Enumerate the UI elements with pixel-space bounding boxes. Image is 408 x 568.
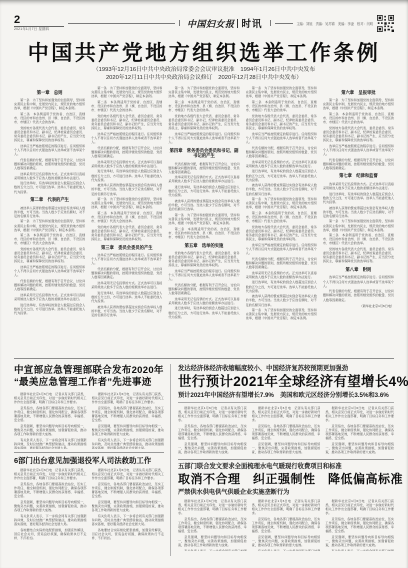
paragraph: 第一条 为了坚持和加强党的全面领导，坚持和完善民主集中制，发展党内民主，规范党的… <box>323 98 394 110</box>
article-zuimei: 中宣部应急管理部联合发布2020年 “最美应急管理工作者”先进事迹 据新华社北京… <box>14 365 164 449</box>
article-shihang: 发达经济体经济收缩幅度较小、中国经济复苏较预期更加强劲 世行预计2021年全球经… <box>178 365 394 456</box>
text-column: 据新华社北京1月6日电 记者从有关部门获悉，相关意见日前正式印发，对进一步做好新… <box>178 406 247 456</box>
bottom-right-column: 发达经济体经济收缩幅度较小、中国经济复苏较预期更加强劲 世行预计2021年全球经… <box>178 364 394 556</box>
qr-code-icon <box>377 15 394 32</box>
paragraph: 有关负责人表示，下一步将会同有关部门加强跟踪问效，及时总结推广典型经验做法，推动… <box>325 549 394 551</box>
paragraph: 第一条 为了坚持和加强党的全面领导，坚持和完善民主集中制，发展党内民主，规范党的… <box>14 98 85 110</box>
paragraph: 选举应当严格按照规定的程序进行。任何组织和个人不得以任何方式强迫选举人选举或者不… <box>91 132 162 144</box>
paragraph: 意见指出，各地各部门要提高政治站位，压实工作责任，健全制度机制，强化协同配合，确… <box>325 424 394 440</box>
header-rule-right <box>275 23 293 24</box>
paragraph: 选举采用无记名投票的方式。正式选举可以直接采用候选人数多于应选人数的差额选举办法… <box>246 160 317 168</box>
paragraph: 意见强调，要坚持问题导向和目标导向相统一，聚焦突出问题，完善政策措施，加强督促检… <box>92 500 165 512</box>
article-shoufei-body: 据新华社北京1月6日电 记者从有关部门获悉，相关意见日前正式印发，对进一步做好新… <box>178 499 394 551</box>
paragraph: 代表名额的分配，根据有利于召开会议、讨论问题和解决问题的原则，按照所辖党组织的数… <box>91 267 162 279</box>
paragraph: 意见指出，各地各部门要提高政治站位，压实工作责任，健全制度机制，强化协同配合，确… <box>178 424 247 440</box>
paragraph: 代表名额的分配，根据有利于召开会议、讨论问题和解决问题的原则，按照所辖党组织的数… <box>323 158 394 170</box>
paragraph: 第二条 本条例适用于党的省、自治区、直辖市、设区的市和自治州、县（旗、自治县、不… <box>168 100 239 112</box>
masthead-tick-right <box>270 20 271 26</box>
paragraph: 选举应当严格按照规定的程序进行。任何组织和个人不得以任何方式强迫选举人选举或者不… <box>14 144 85 156</box>
paragraph: 据新华社北京1月6日电 记者从有关部门获悉，相关意见日前正式印发，对进一步做好新… <box>325 499 394 515</box>
article-shoufei-subtitle: 严禁供水供电供气供暖企业实施垄断行为 <box>178 489 394 497</box>
paragraph: 第二条 本条例适用于党的省、自治区、直辖市、设区的市和自治州、县（旗、自治县、不… <box>323 233 394 245</box>
text-column: 据新华社北京1月6日电 记者从有关部门获悉，相关意见日前正式印发，对进一步做好新… <box>252 406 321 456</box>
chapter-heading: 第二章 代表的产生 <box>14 197 85 202</box>
paragraph: 意见强调，要坚持问题导向和目标导向相统一，聚焦突出问题，完善政策措施，加强督促检… <box>325 535 394 547</box>
paragraph: 党的地方各级代表大会代表、委员会委员、常务委员会委员和书记、副书记，纪律检查委员… <box>91 225 162 241</box>
paragraph: 据新华社北京1月6日电 记者从有关部门获悉，相关意见日前正式印发，对进一步做好新… <box>92 468 165 480</box>
paragraph: 代表名额的分配，根据有利于召开会议、讨论问题和解决问题的原则，按照所辖党组织的数… <box>14 158 85 170</box>
paragraph: 据新华社北京1月6日电 记者从有关部门获悉，相关意见日前正式印发，对进一步做好新… <box>178 499 247 515</box>
paragraph: 进行选举时，有选举权的到会人数超过应到会人数的五分之四，方可进行选举。选举人不能… <box>168 185 239 197</box>
paragraph: 选举采用无记名投票的方式。正式选举可以直接采用候选人数多于应选人数的差额选举办法… <box>168 297 239 305</box>
paragraph: 选举应当严格按照规定的程序进行。任何组织和个人不得以任何方式强迫选举人选举或者不… <box>246 243 317 255</box>
bottom-left-column: 中宣部应急管理部联合发布2020年 “最美应急管理工作者”先进事迹 据新华社北京… <box>14 364 171 556</box>
chapter-heading: 第六章 呈报审批 <box>323 90 394 95</box>
paragraph: 意见指出，各地各部门要提高政治站位，压实工作责任，健全制度机制，强化协同配合，确… <box>92 482 165 498</box>
paragraph: 代表名额的分配，根据有利于召开会议、讨论问题和解决问题的原则，按照所辖党组织的数… <box>14 279 85 291</box>
paragraph: 进行选举时，有选举权的到会人数超过应到会人数的五分之四，方可进行选举。选举人不能… <box>246 169 317 181</box>
paragraph: 选举应当严格按照规定的程序进行。任何组织和个人不得以任何方式强迫选举人选举或者不… <box>168 269 239 281</box>
paragraph: 有关负责人表示，下一步将会同有关部门加强跟踪问效，及时总结推广典型经验做法，推动… <box>252 549 321 551</box>
paragraph: 选举采用无记名投票的方式。正式选举可以直接采用候选人数多于应选人数的差额选举办法… <box>14 293 85 301</box>
paragraph: 选举应当严格按照规定的程序进行。任何组织和个人不得以任何方式强迫选举人选举或者不… <box>91 253 162 265</box>
text-column: 据新华社北京1月6日电 记者从有关部门获悉，相关意见日前正式印发，对进一步做好新… <box>178 499 247 551</box>
paragraph: 据新华社北京1月6日电 记者从有关部门获悉，相关意见日前正式印发，对进一步做好新… <box>14 468 87 480</box>
paragraph: 据新华社北京1月6日电 记者从有关部门获悉，相关意见日前正式印发，对进一步做好新… <box>92 392 165 404</box>
newspaper-page: 2 2021年1月7日 星期四 中国妇女报 时讯 主编：刘旭 责编：吴苏锦 美编… <box>0 0 408 568</box>
paragraph: 第二条 本条例适用于党的省、自治区、直辖市、设区的市和自治州、县（旗、自治县、不… <box>91 100 162 112</box>
text-column: 据新华社北京1月6日电 记者从有关部门获悉，相关意见日前正式印发，对进一步做好新… <box>14 468 87 544</box>
article-zuimei-title: 中宣部应急管理部联合发布2020年 “最美应急管理工作者”先进事迹 <box>14 365 164 389</box>
paragraph: 意见指出，各地各部门要提高政治站位，压实工作责任，健全制度机制，强化协同配合，确… <box>14 406 87 422</box>
paragraph: 党的地方各级代表大会代表、委员会委员、常务委员会委员和书记、副书记，纪律检查委员… <box>246 225 317 241</box>
text-column: 据新华社北京1月6日电 记者从有关部门获悉，相关意见日前正式印发，对进一步做好新… <box>92 468 165 544</box>
newspaper-title: 中国妇女报 <box>187 17 235 30</box>
article-divider <box>14 452 164 453</box>
paragraph: 党的地方各级代表大会代表、委员会委员、常务委员会委员和书记、副书记，纪律检查委员… <box>246 114 317 130</box>
paragraph: 进行选举时，有选举权的到会人数超过应到会人数的五分之四，方可进行选举。选举人不能… <box>91 169 162 181</box>
paragraph: 被选举人获得的赞成票超过实到会有选举权人数的半数，方可当选。当选人数少于应选名额… <box>91 183 162 195</box>
paragraph: 被选举人获得的赞成票超过实到会有选举权人数的半数，方可当选。当选人数少于应选名额… <box>91 305 162 317</box>
lead-article: 中国共产党地方组织选举工作条例 （1993年12月16日中共中央政治局常委会会议… <box>14 42 394 354</box>
paragraph: 第二条 本条例适用于党的省、自治区、直辖市、设区的市和自治州、县（旗、自治县、不… <box>91 211 162 223</box>
paragraph: 有关负责人表示，下一步将会同有关部门加强跟踪问效，及时总结推广典型经验做法，推动… <box>178 549 247 551</box>
dateline-line-1: （1993年12月16日中共中央政治局常委会会议审议批准 1994年1月26日中… <box>14 67 394 75</box>
paragraph: 选举采用无记名投票的方式。正式选举可以直接采用候选人数多于应选人数的差额选举办法… <box>14 172 85 180</box>
paragraph: 意见指出，各地各部门要提高政治站位，压实工作责任，健全制度机制，强化协同配合，确… <box>14 482 87 498</box>
section-divider <box>14 358 394 359</box>
editor-credits: 主编：刘旭 责编：吴苏锦 美编：李凌 校对：闫明 <box>297 21 374 26</box>
paragraph: 代表名额的分配，根据有利于召开会议、讨论问题和解决问题的原则，按照所辖党组织的数… <box>246 146 317 158</box>
paragraph: 被选举人获得的赞成票超过实到会有选举权人数的半数，方可当选。当选人数少于应选名额… <box>246 183 317 195</box>
paragraph: 进行选举时，有选举权的到会人数超过应到会人数的五分之四，方可进行选举。选举人不能… <box>323 192 394 204</box>
text-column: 第一条 为了坚持和加强党的全面领导，坚持和完善民主集中制，发展党内民主，规范党的… <box>168 86 239 354</box>
paragraph: 意见指出，各地各部门要提高政治站位，压实工作责任，健全制度机制，强化协同配合，确… <box>252 424 321 440</box>
paragraph: 意见强调，要坚持问题导向和目标导向相统一，聚焦突出问题，完善政策措施，加强督促检… <box>92 424 165 436</box>
page-number-block: 2 2021年1月7日 星期四 <box>14 15 64 32</box>
paragraph: 有关负责人表示，下一步将会同有关部门加强跟踪问效，及时总结推广典型经验做法，推动… <box>14 438 87 449</box>
paragraph: 被选举人获得的赞成票超过实到会有选举权人数的半数，方可当选。当选人数少于应选名额… <box>246 294 317 306</box>
weekday-text: 星期四 <box>38 27 49 31</box>
paragraph: 第一条 为了坚持和加强党的全面领导，坚持和完善民主集中制，发展党内民主，规范党的… <box>168 86 239 98</box>
paragraph: 有关负责人表示，下一步将会同有关部门加强跟踪问效，及时总结推广典型经验做法，推动… <box>92 438 165 449</box>
paragraph: 据新华社北京1月6日电 记者从有关部门获悉，相关意见日前正式印发，对进一步做好新… <box>252 406 321 422</box>
dateline-line-2: 2020年12月11日中共中央政治局会议修订 2020年12月28日中共中央发布… <box>14 75 394 83</box>
text-column: 据新华社北京1月6日电 记者从有关部门获悉，相关意见日前正式印发，对进一步做好新… <box>14 392 87 449</box>
paragraph: 进行选举时，有选举权的到会人数超过应到会人数的五分之四，方可进行选举。选举人不能… <box>168 306 239 318</box>
paragraph: 进行选举时，有选举权的到会人数超过应到会人数的五分之四，方可进行选举。选举人不能… <box>91 291 162 303</box>
paragraph: 第一条 为了坚持和加强党的全面领导，坚持和完善民主集中制，发展党内民主，规范党的… <box>14 219 85 231</box>
paragraph: 选举采用无记名投票的方式。正式选举可以直接采用候选人数多于应选人数的差额选举办法… <box>91 160 162 168</box>
paragraph: 选举应当严格按照规定的程序进行。任何组织和个人不得以任何方式强迫选举人选举或者不… <box>323 275 394 287</box>
title-line-2: “最美应急管理工作者”先进事迹 <box>14 377 164 389</box>
article-tuiyi: 6部门出台意见加强退役军人司法救助工作 据新华社北京1月6日电 记者从有关部门获… <box>14 456 164 544</box>
lead-article-dateline: （1993年12月16日中共中央政治局常委会会议审议批准 1994年1月26日中… <box>14 67 394 82</box>
header-rule-left <box>68 23 175 24</box>
masthead-divider <box>237 19 238 28</box>
paragraph: 据新华社北京1月6日电 记者从有关部门获悉，相关意见日前正式印发，对进一步做好新… <box>14 392 87 404</box>
paragraph: 有关负责人表示，下一步将会同有关部门加强跟踪问效，及时总结推广典型经验做法，推动… <box>92 514 165 526</box>
text-column: 第一章 总则第一条 为了坚持和加强党的全面领导，坚持和完善民主集中制，发展党内民… <box>14 86 85 354</box>
masthead: 中国妇女报 时讯 <box>184 16 266 30</box>
paragraph: 党的地方各级代表大会代表、委员会委员、常务委员会委员和书记、副书记，纪律检查委员… <box>14 126 85 142</box>
paragraph: 第二条 本条例适用于党的省、自治区、直辖市、设区的市和自治州、县（旗、自治县、不… <box>246 100 317 112</box>
paragraph: 进行选举时，有选举权的到会人数超过应到会人数的五分之四，方可进行选举。选举人不能… <box>14 303 85 315</box>
paragraph: 进行选举时，有选举权的到会人数超过应到会人数的五分之四，方可进行选举。选举人不能… <box>246 280 317 292</box>
paragraph: 党的地方各级代表大会代表、委员会委员、常务委员会委员和书记、副书记，纪律检查委员… <box>168 251 239 267</box>
paragraph: 党的地方各级代表大会代表、委员会委员、常务委员会委员和书记、副书记，纪律检查委员… <box>323 126 394 142</box>
paragraph: 被选举人获得的赞成票超过实到会有选举权人数的半数，方可当选。当选人数少于应选名额… <box>323 206 394 218</box>
paragraph: 选举采用无记名投票的方式。正式选举可以直接采用候选人数多于应选人数的差额选举办法… <box>246 271 317 279</box>
paragraph: 进行选举时，有选举权的到会人数超过应到会人数的五分之四，方可进行选举。选举人不能… <box>14 181 85 193</box>
title-line-1: 中宣部应急管理部联合发布2020年 <box>14 365 164 377</box>
paragraph: 被选举人获得的赞成票超过实到会有选举权人数的半数，方可当选。当选人数少于应选名额… <box>14 206 85 218</box>
article-shihang-subtitle: 预计2021年中国经济有望增长7.9% 美国和欧元区经济分别增长3.5%和3.6… <box>178 392 394 400</box>
article-shoufei: 五部门联合发文要求全面梳理水电气暖现行收费项目和标准 取消不合理 纠正强制性 降… <box>178 463 394 551</box>
paragraph: 意见强调，要坚持问题导向和目标导向相统一，聚焦突出问题，完善政策措施，加强督促检… <box>178 535 247 547</box>
paragraph: 选举采用无记名投票的方式。正式选举可以直接采用候选人数多于应选人数的差额选举办法… <box>323 182 394 190</box>
lead-article-title: 中国共产党地方组织选举工作条例 <box>14 42 394 65</box>
paragraph: 党的地方各级代表大会代表、委员会委员、常务委员会委员和书记、副书记，纪律检查委员… <box>168 114 239 130</box>
paragraph: 第二条 本条例适用于党的省、自治区、直辖市、设区的市和自治州、县（旗、自治县、不… <box>14 233 85 245</box>
paragraph: 第一条 为了坚持和加强党的全面领导，坚持和完善民主集中制，发展党内民主，规范党的… <box>246 197 317 209</box>
page-header: 2 2021年1月7日 星期四 中国妇女报 时讯 主编：刘旭 责编：吴苏锦 美编… <box>14 11 394 35</box>
paragraph: 据新华社北京1月6日电 记者从有关部门获悉，相关意见日前正式印发，对进一步做好新… <box>178 406 247 422</box>
chapter-heading: 第一章 总则 <box>14 90 85 95</box>
paragraph: 代表名额的分配，根据有利于召开会议、讨论问题和解决问题的原则，按照所辖党组织的数… <box>323 289 394 301</box>
paragraph: 第一条 为了坚持和加强党的全面领导，坚持和完善民主集中制，发展党内民主，规范党的… <box>91 197 162 209</box>
paragraph: 意见指出，各地各部门要提高政治站位，压实工作责任，健全制度机制，强化协同配合，确… <box>252 517 321 533</box>
text-column: 第一条 为了坚持和加强党的全面领导，坚持和完善民主集中制，发展党内民主，规范党的… <box>246 86 317 354</box>
paragraph: 第一条 为了坚持和加强党的全面领导，坚持和完善民主集中制，发展党内民主，规范党的… <box>246 308 317 320</box>
paragraph: 第一条 为了坚持和加强党的全面领导，坚持和完善民主集中制，发展党内民主，规范党的… <box>168 213 239 225</box>
paragraph: 意见强调，要坚持问题导向和目标导向相统一，聚焦突出问题，完善政策措施，加强督促检… <box>252 442 321 454</box>
paragraph: 意见强调，要坚持问题导向和目标导向相统一，聚焦突出问题，完善政策措施，加强督促检… <box>14 424 87 436</box>
paragraph: 选举应当严格按照规定的程序进行。任何组织和个人不得以任何方式强迫选举人选举或者不… <box>323 144 394 156</box>
subtitle-rule <box>178 402 394 403</box>
paragraph: 党的地方各级代表大会代表、委员会委员、常务委员会委员和书记、副书记，纪律检查委员… <box>14 247 85 263</box>
chapter-heading: 第四章 常务委员会委员和书记、副书记的产生 <box>168 148 239 159</box>
date-text: 2021年1月7日 <box>14 27 37 31</box>
paragraph: 意见指出，各地各部门要提高政治站位，压实工作责任，健全制度机制，强化协同配合，确… <box>92 406 165 422</box>
wire-credit: （新华社北京1月6日电） <box>323 303 394 308</box>
article-tuiyi-body: 据新华社北京1月6日电 记者从有关部门获悉，相关意见日前正式印发，对进一步做好新… <box>14 468 164 544</box>
section-name: 时讯 <box>241 16 262 30</box>
paragraph: 意见指出，各地各部门要提高政治站位，压实工作责任，健全制度机制，强化协同配合，确… <box>178 517 247 533</box>
text-column: 据新华社北京1月6日电 记者从有关部门获悉，相关意见日前正式印发，对进一步做好新… <box>252 499 321 551</box>
paragraph: 意见强调，要坚持问题导向和目标导向相统一，聚焦突出问题，完善政策措施，加强督促检… <box>178 442 247 454</box>
paragraph: 据新华社北京1月6日电 记者从有关部门获悉，相关意见日前正式印发，对进一步做好新… <box>252 499 321 515</box>
paragraph: 代表名额的分配，根据有利于召开会议、讨论问题和解决问题的原则，按照所辖党组织的数… <box>168 162 239 174</box>
paragraph: 选举应当严格按照规定的程序进行。任何组织和个人不得以任何方式强迫选举人选举或者不… <box>246 132 317 144</box>
paragraph: 第一条 为了坚持和加强党的全面领导，坚持和完善民主集中制，发展党内民主，规范党的… <box>91 86 162 98</box>
paragraph: 意见指出，各地各部门要提高政治站位，压实工作责任，健全制度机制，强化协同配合，确… <box>325 517 394 533</box>
masthead-tick-left <box>179 20 180 26</box>
article-shoufei-kicker: 五部门联合发文要求全面梳理水电气暖现行收费项目和标准 <box>178 463 394 471</box>
paragraph: 代表名额的分配，根据有利于召开会议、讨论问题和解决问题的原则，按照所辖党组织的数… <box>246 257 317 269</box>
bottom-section: 中宣部应急管理部联合发布2020年 “最美应急管理工作者”先进事迹 据新华社北京… <box>14 364 394 556</box>
text-column: 据新华社北京1月6日电 记者从有关部门获悉，相关意见日前正式印发，对进一步做好新… <box>92 392 165 449</box>
paragraph: 第二条 本条例适用于党的省、自治区、直辖市、设区的市和自治州、县（旗、自治县、不… <box>323 112 394 124</box>
paragraph: 据新华社北京1月6日电 记者从有关部门获悉，相关意见日前正式印发，对进一步做好新… <box>325 406 394 422</box>
paragraph: 党的地方各级代表大会代表、委员会委员、常务委员会委员和书记、副书记，纪律检查委员… <box>91 114 162 130</box>
paragraph: 代表名额的分配，根据有利于召开会议、讨论问题和解决问题的原则，按照所辖党组织的数… <box>168 283 239 295</box>
chapter-heading: 第八章 附则 <box>323 267 394 272</box>
article-zuimei-body: 据新华社北京1月6日电 记者从有关部门获悉，相关意见日前正式印发，对进一步做好新… <box>14 392 164 449</box>
paragraph: 有关负责人表示，下一步将会同有关部门加强跟踪问效，及时总结推广典型经验做法，推动… <box>14 514 87 526</box>
page-date: 2021年1月7日 星期四 <box>14 27 64 32</box>
paragraph: 意见强调，要坚持问题导向和目标导向相统一，聚焦突出问题，完善政策措施，加强督促检… <box>14 500 87 512</box>
article-divider <box>178 459 394 460</box>
paragraph: 第二条 本条例适用于党的省、自治区、直辖市、设区的市和自治州、县（旗、自治县、不… <box>246 211 317 223</box>
paragraph: 意见强调，要坚持问题导向和目标导向相统一，聚焦突出问题，完善政策措施，加强督促检… <box>325 442 394 454</box>
paragraph: 选举采用无记名投票的方式。正式选举可以直接采用候选人数多于应选人数的差额选举办法… <box>91 281 162 289</box>
paragraph: 选举应当严格按照规定的程序进行。任何组织和个人不得以任何方式强迫选举人选举或者不… <box>168 132 239 144</box>
text-column: 第六章 呈报审批第一条 为了坚持和加强党的全面领导，坚持和完善民主集中制，发展党… <box>323 86 394 354</box>
paragraph: 第一条 为了坚持和加强党的全面领导，坚持和完善民主集中制，发展党内民主，规范党的… <box>323 219 394 231</box>
text-column: 据新华社北京1月6日电 记者从有关部门获悉，相关意见日前正式印发，对进一步做好新… <box>325 499 394 551</box>
paragraph: 党的地方各级代表大会代表、委员会委员、常务委员会委员和书记、副书记，纪律检查委员… <box>323 247 394 263</box>
chapter-heading: 第七章 纪律和监督 <box>323 173 394 178</box>
paragraph: 被选举人获得的赞成票超过实到会有选举权人数的半数，方可当选。当选人数少于应选名额… <box>168 199 239 211</box>
article-shihang-kicker: 发达经济体经济收缩幅度较小、中国经济复苏较预期更加强劲 <box>178 365 394 373</box>
page-number: 2 <box>14 15 64 27</box>
paragraph: 第二条 本条例适用于党的省、自治区、直辖市、设区的市和自治州、县（旗、自治县、不… <box>14 112 85 124</box>
paragraph: 各地要结合实际细化配套措施，加强宣传解读，回应社会关切，营造良好氛围，确保政策执… <box>14 528 87 540</box>
text-column: 据新华社北京1月6日电 记者从有关部门获悉，相关意见日前正式印发，对进一步做好新… <box>325 406 394 456</box>
paragraph: 第二条 本条例适用于党的省、自治区、直辖市、设区的市和自治州、县（旗、自治县、不… <box>168 227 239 239</box>
paragraph: 各地要结合实际细化配套措施，加强宣传解读，回应社会关切，营造良好氛围，确保政策执… <box>92 528 165 540</box>
lead-article-columns: 第一章 总则第一条 为了坚持和加强党的全面领导，坚持和完善民主集中制，发展党内民… <box>14 86 394 354</box>
paragraph: 代表名额的分配，根据有利于召开会议、讨论问题和解决问题的原则，按照所辖党组织的数… <box>91 146 162 158</box>
chapter-heading: 第五章 选举的实施 <box>168 243 239 248</box>
article-shihang-title: 世行预计2021年全球经济有望增长4% <box>178 374 394 390</box>
chapter-heading: 第三章 委员会委员的产生 <box>91 245 162 250</box>
paragraph: 第一条 为了坚持和加强党的全面领导，坚持和完善民主集中制，发展党内民主，规范党的… <box>246 86 317 98</box>
article-shoufei-title: 取消不合理 纠正强制性 降低偏高标准 <box>178 472 394 487</box>
paragraph: 选举采用无记名投票的方式。正式选举可以直接采用候选人数多于应选人数的差额选举办法… <box>168 175 239 183</box>
paragraph: 选举应当严格按照规定的程序进行。任何组织和个人不得以任何方式强迫选举人选举或者不… <box>14 265 85 277</box>
paragraph: 意见强调，要坚持问题导向和目标导向相统一，聚焦突出问题，完善政策措施，加强督促检… <box>252 535 321 547</box>
article-shihang-body: 据新华社北京1月6日电 记者从有关部门获悉，相关意见日前正式印发，对进一步做好新… <box>178 406 394 456</box>
article-tuiyi-title: 6部门出台意见加强退役军人司法救助工作 <box>14 456 164 465</box>
text-column: 第一条 为了坚持和加强党的全面领导，坚持和完善民主集中制，发展党内民主，规范党的… <box>91 86 162 354</box>
